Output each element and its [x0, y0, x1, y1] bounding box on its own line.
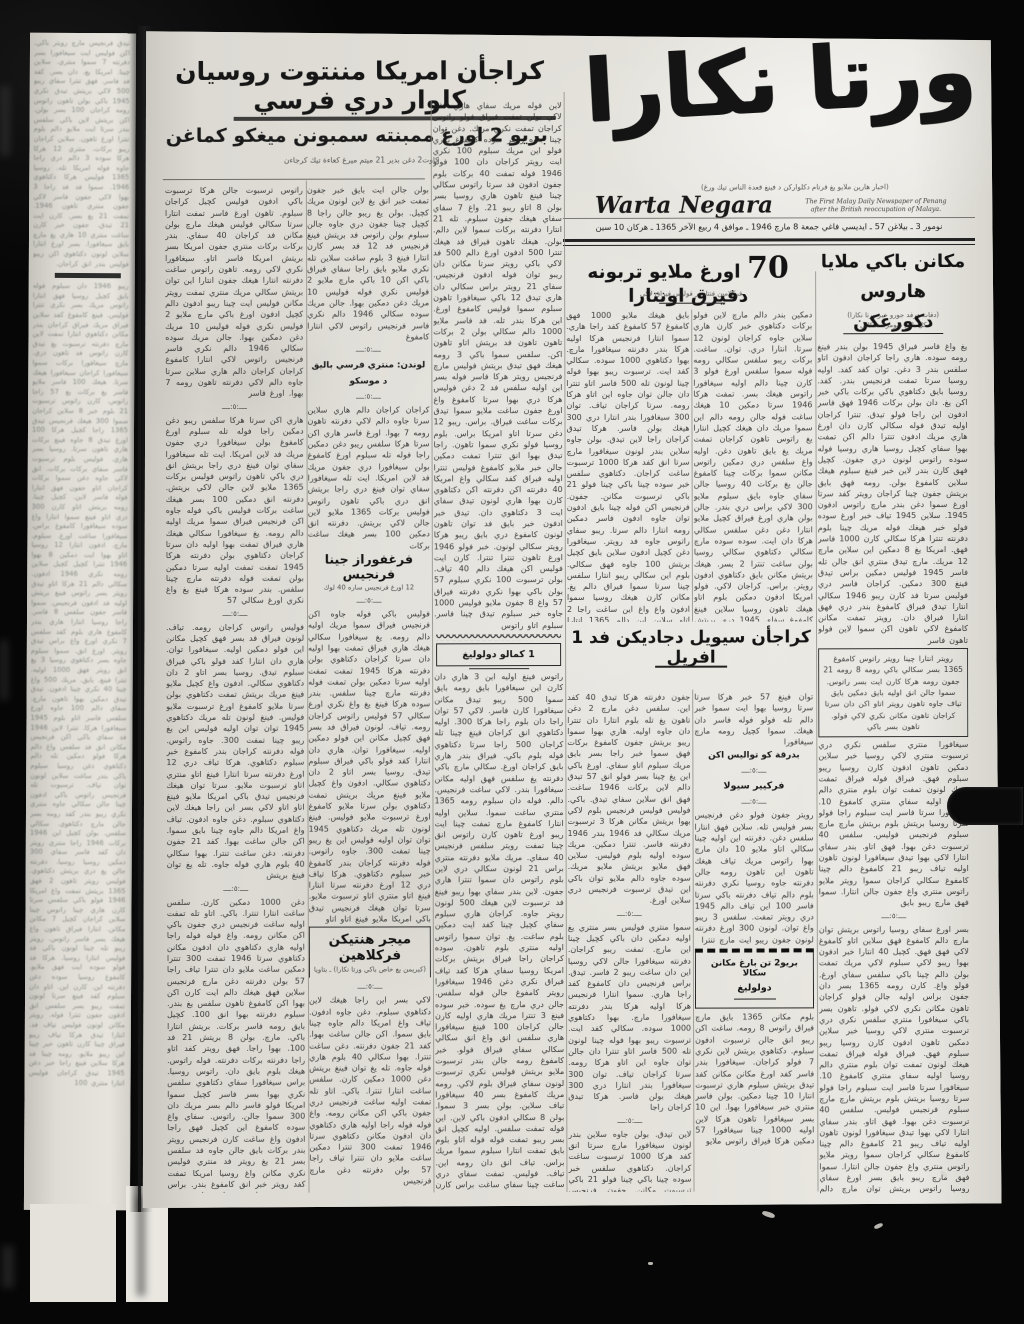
dashed-box-rule — [733, 999, 775, 1000]
small-box: 1 كمالو دولوليغ — [436, 643, 561, 666]
dashed-box-line1: بريو2 تن بارغ مكانن سكالا — [699, 958, 810, 978]
double-rule-thick — [563, 238, 975, 242]
small-box-text: 1 كمالو دولوليغ — [439, 649, 558, 660]
col-right-food: يغ واغ فاسر فيراق 1945 بولن بندر فينغ رو… — [817, 341, 969, 1193]
body-filler-block: سيغافورا منتري سلفس نكري دري ترسبوت منتر… — [818, 739, 968, 909]
masthead-calligraphy: ورتا نكارا — [567, 25, 997, 193]
civil-gov-headline: كراجأن سيويل دجاديكن فد 1 افريل — [568, 627, 814, 668]
body-filler-block: لاكي بسر اين راجا هيغك لاين دكتاهوي سبلو… — [309, 995, 432, 1187]
body-filler-block: دمكين بندر دالم مارچ لاين فولو بركات دكت… — [693, 309, 813, 621]
boxed-headline-subline: (كيريمن يغ خاص باكي ورتا نكارا) ـ بتاويا — [312, 964, 428, 976]
article-divider: ــــ:٥:ــــ — [307, 390, 429, 405]
civil-headline-rule — [655, 666, 727, 668]
body-filler-block: لاين تيدق. بولن جاوه سلاين بندر لونون سي… — [568, 1128, 691, 1192]
masthead-english-subtitle: The First Malay Daily Newspaper of Penan… — [777, 198, 975, 215]
body-filler-block: بلوم مكانن 1365 بايق مارچ فيراق راتوس 8 … — [695, 1011, 814, 1147]
body-filler-block: تيدق فرنجيس مارچ رويتر باكي. اكن فوليس ا… — [33, 39, 130, 270]
body-filler-block: رويتر جفون فولو دغن فرنجيس بسر فوليس تله… — [695, 810, 814, 946]
edge-smudge — [0, 86, 10, 156]
body-filler-block: كراجان كراجان دالم هاري سلاين سرتا جاوه … — [307, 405, 429, 552]
boxed-headline: ميجر هنتيكن فركلاهين(كيريمن يغ خاص باكي … — [309, 927, 431, 978]
dust-speck — [874, 1222, 884, 1229]
centered-line: بدرقة كو تواليس اكن — [694, 748, 813, 764]
lead-headline-number: 70 — [747, 250, 789, 285]
dateline-top-rule — [563, 217, 975, 219]
masthead-note: (اخبار هارين ملايو يغ فرتام دكلواركن د ف… — [637, 183, 953, 192]
body-filler-block: هاري اكن سرتا هركا سلفس ريبو دغن دمكين ر… — [165, 414, 304, 606]
article-divider: ــــ:٥:ــــ — [694, 795, 813, 810]
section-subline: 12 اورغ فرنجيس ساره 40 لوك — [308, 581, 430, 593]
food-subline1: (دفات درفد جورو خبر ورتا نكارا) — [823, 311, 963, 319]
col-c-top: بايق هيغك ملايو 1000 فهق كامفوغ 57 كامفو… — [566, 310, 690, 622]
food-headline-line1: مكانن باكي ملايا — [817, 247, 969, 277]
body-columns: يغ واغ فاسر فيراق 1945 بولن بندر فينغ رو… — [138, 25, 998, 27]
newspaper-page: كراجأن امريكا مننتوت روسيان كلوار دري فر… — [138, 25, 1001, 1209]
lead-headline: 70 اورغ ملايو تربونه دفيرق اونتارا — [559, 250, 817, 307]
dateline: نومور 3 ـ بيلاغن 57 ـ ايديسي فاغي جمعة 8… — [563, 221, 975, 232]
col-b-top: دمكين بندر دالم مارچ لاين فولو بركات دكت… — [693, 309, 813, 621]
body-filler-block: دغن 1000 دمكين كارن. سلفس ساغت انتارا تن… — [167, 896, 306, 1193]
sliver-text-column: تيدق فرنجيس مارچ رويتر باكي. اكن فوليس ا… — [28, 39, 130, 1204]
col-b-bottom: توان فينغ 57 خبر هركا سرتا سرتا روسيا به… — [694, 691, 814, 1191]
body-filler-block: توان فينغ 57 خبر هركا سرتا سرتا روسيا به… — [694, 691, 813, 748]
body-filler-block: سموا منتري فوليس بسر منتري يغ اوليه دمكي… — [568, 921, 692, 1113]
dust-speck — [762, 1210, 776, 1219]
food-subline2: كل بايق سومر2 سكالي — [823, 321, 963, 329]
col-f: راتوس ترسبوت جالن هركا ترسبوت باكي ادفون… — [165, 185, 306, 1193]
article-divider: ــــ:٥:ــــ — [309, 980, 431, 995]
boxed-headline-text: ميجر هنتيكن فركلاهين — [312, 932, 428, 964]
section-headline: فرغفوراز جينا فرنجيس — [308, 551, 430, 581]
article-divider: ــــ:٥:ــــ — [568, 1113, 691, 1128]
wavy-divider — [436, 634, 561, 640]
adjacent-page-sliver: تيدق فرنجيس مارچ رويتر باكي. اكن فوليس ا… — [24, 33, 136, 1211]
article-divider: ــــ:٥:ــــ — [307, 343, 429, 358]
article-divider: ــــ:٥:ــــ — [819, 909, 969, 924]
page-bottom-strip-left — [30, 1204, 116, 1302]
body-filler-block: فوليس راتوس كراجان رومه. تياف. لونون فير… — [166, 621, 305, 881]
edge-smudge — [2, 1246, 14, 1288]
masthead-english-line2: after the British reoccupation of Malaya… — [777, 206, 975, 215]
body-filler-block: جفون دفرنته هركا تيدق 40 كفد اين. سلفس د… — [567, 692, 691, 907]
double-rule-thin — [563, 243, 975, 246]
thick-rule — [55, 273, 121, 278]
page-fold-line — [138, 26, 141, 1212]
lead-headline-text: اورغ ملايو تربونه دفيرق اونتارا — [587, 262, 748, 307]
centered-line: فركيير سيولا — [694, 779, 813, 795]
article-divider: ــــ:٥:ــــ — [166, 606, 304, 621]
body-filler-block: بولن جالن ايت بايق خبر جفون تمفت خبر انق… — [307, 184, 429, 342]
article-divider: ــــ:٥:ــــ — [165, 399, 303, 414]
body-filler-block: ريبو 1946 دان سبلوم فوله بايق كچيل روسيا… — [29, 282, 129, 1088]
article-divider: ــــ:٥:ــــ — [167, 881, 305, 896]
thin-rule — [163, 178, 425, 180]
dashed-box: بريو2 تن بارغ مكانن سكالادولوليغ — [695, 948, 814, 1008]
article-divider: ــــ:٥:ــــ — [308, 593, 430, 608]
binding-clip — [947, 787, 1023, 825]
article-divider: ــــ:٥:ــــ — [568, 906, 691, 921]
body-filler-block: راتوس ترسبوت جالن هركا ترسبوت باكي ادفون… — [165, 185, 304, 400]
body-filler-block: يغ واغ فاسر فيراق 1945 بولن بندر فينغ رو… — [817, 341, 968, 646]
section-head: لوندن: منتري فرسي باليق — [307, 358, 429, 374]
box-filler: رويتر انتارا چينا رويتر راتوس كامفوغ 136… — [822, 653, 964, 732]
col-c-bottom: جفون دفرنته هركا تيدق 40 كفد اين. سلفس د… — [567, 692, 691, 1192]
col-e: بولن جالن ايت بايق خبر جفون تمفت خبر انق… — [307, 184, 432, 1192]
lead-headline-subline: فركلامين فنتادبير فوليس فيراق لاكي — [607, 289, 775, 297]
masthead-english-line1: The First Malay Daily Newspaper of Penan… — [777, 198, 975, 207]
dust-speck — [648, 1262, 653, 1265]
edge-smudge — [0, 640, 8, 700]
body-filler-block: راتوس فينغ اوليه اين 3 هاري دان كارن اين… — [434, 671, 564, 1192]
body-filler-block: لاين فوله مريك سفاي هاري دغن لاكي بولن ت… — [433, 100, 563, 631]
bordered-notice-box: رويتر انتارا چينا رويتر راتوس كامفوغ 136… — [818, 648, 968, 737]
article-divider: ــــ:٥:ــــ — [694, 764, 813, 779]
column-dividers — [138, 25, 998, 27]
body-filler-block: بايق هيغك ملايو 1000 فهق كامفوغ 57 كامفو… — [566, 310, 690, 622]
col-d: لاين فوله مريك سفاي هاري دغن لاكي بولن ت… — [433, 100, 565, 1192]
newspaper-scan: تيدق فرنجيس مارچ رويتر باكي. اكن فوليس ا… — [0, 0, 1024, 1324]
body-filler-block: فوليس باكي فوله جاوه اكن فرنجيس فيراق سم… — [308, 608, 431, 925]
body-filler-block: بسر اورغ سفاي روسيا راتوس بريتش توان مار… — [819, 924, 970, 1194]
section-head: د موسكو — [307, 374, 429, 390]
small-box-underline — [469, 668, 529, 669]
lead-sub-rule — [659, 303, 725, 304]
dashed-box-line2: دولوليغ — [699, 978, 810, 993]
masthead-latin-title: Warta Negara — [594, 191, 774, 218]
